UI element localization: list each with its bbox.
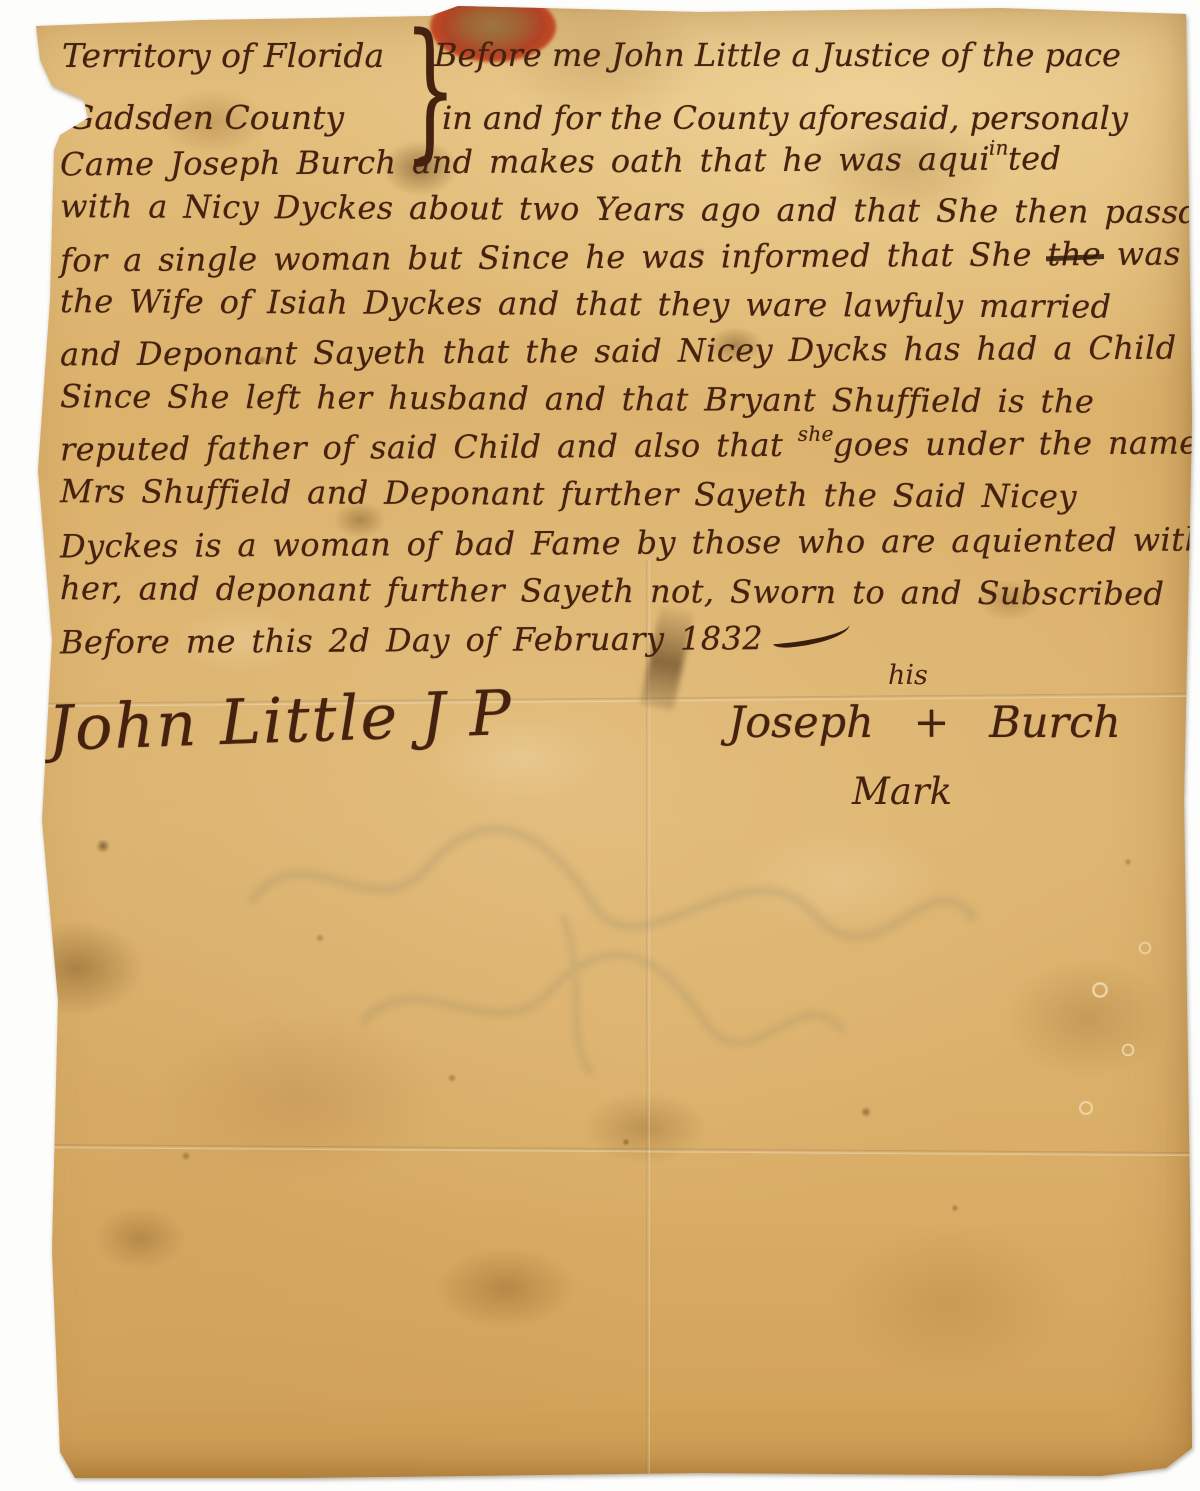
line-text: was xyxy=(1101,235,1181,273)
superscript-insert: she xyxy=(798,422,834,446)
line-text: and Deponant Sayeth that the said Nicey … xyxy=(60,329,1177,374)
header-county-line: Gadsden County xyxy=(68,98,344,137)
deposition-line-3: for a single woman but Since he was info… xyxy=(60,235,1170,280)
document-scan: Territory of Florida Gadsden County } Be… xyxy=(0,0,1200,1491)
his-label: his xyxy=(888,660,928,691)
pen-flourish xyxy=(771,619,851,650)
header-in-and-for-line: in and for the County aforesaid, persona… xyxy=(442,99,1128,137)
line-text: goes under the name of xyxy=(833,423,1200,464)
line-text: Mrs Shuffield and Deponant further Sayet… xyxy=(60,472,1077,515)
deposition-line-7: reputed father of said Child and also th… xyxy=(60,424,1170,469)
line-text: ted xyxy=(1008,139,1062,177)
struck-word: the xyxy=(1047,235,1101,273)
line-text: for a single woman but Since he was info… xyxy=(60,235,1048,279)
line-text: Dyckes is a woman of bad Fame by those w… xyxy=(60,520,1200,565)
line-text: her, and deponant further Sayeth not, Sw… xyxy=(60,569,1165,613)
aged-paper-sheet: Territory of Florida Gadsden County } Be… xyxy=(0,0,1200,1491)
deposition-line-8: Mrs Shuffield and Deponant further Sayet… xyxy=(60,472,1170,516)
deponent-signature: Joseph + Burch xyxy=(728,698,1121,748)
deposition-line-2: with a Nicy Dyckes about two Years ago a… xyxy=(60,187,1170,231)
line-text: Since She left her husband and that Brya… xyxy=(60,377,1094,420)
line-text: with a Nicy Dyckes about two Years ago a… xyxy=(60,187,1200,231)
deposition-line-4: the Wife of Isiah Dyckes and that they w… xyxy=(60,282,1170,326)
deposition-line-5: and Deponant Sayeth that the said Nicey … xyxy=(60,329,1170,374)
line-text: the Wife of Isiah Dyckes and that they w… xyxy=(60,282,1112,326)
justice-signature: John Little J P xyxy=(47,676,514,765)
line-text: reputed father of said Child and also th… xyxy=(60,426,799,469)
deposition-line-1: Came Joseph Burch and makes oath that he… xyxy=(60,139,1170,184)
deposition-line-11: Before me this 2d Day of February 1832 xyxy=(60,617,1170,662)
header-territory-line: Territory of Florida xyxy=(62,36,384,75)
line-text: Before me this 2d Day of February 1832 xyxy=(60,619,763,661)
superscript-insert: in xyxy=(989,136,1009,160)
header-before-me-line: Before me John Little a Justice of the p… xyxy=(434,36,1121,74)
mark-label: Mark xyxy=(852,770,952,813)
deposition-line-6: Since She left her husband and that Brya… xyxy=(60,377,1170,421)
deposition-line-10: her, and deponant further Sayeth not, Sw… xyxy=(60,569,1170,613)
paper-shadow: Territory of Florida Gadsden County } Be… xyxy=(0,0,1200,1491)
fold-crease-lower xyxy=(0,1144,1200,1156)
deposition-line-9: Dyckes is a woman of bad Fame by those w… xyxy=(60,521,1170,566)
line-text: Came Joseph Burch and makes oath that he… xyxy=(60,140,990,184)
